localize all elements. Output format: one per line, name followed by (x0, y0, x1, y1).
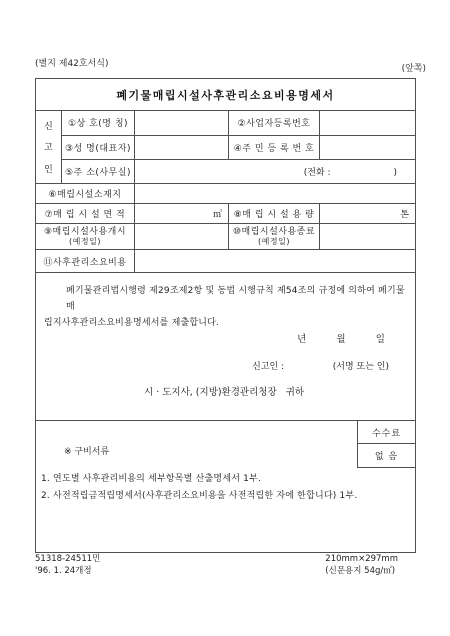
attachment-item: 2. 사전적립금적립명세서(사후관리소요비용을 사전적립한 자에 한합니다) 1… (41, 488, 345, 505)
office-address-label: ⑤주 소(사무실) (61, 160, 134, 183)
aftercare-cost-input[interactable] (134, 250, 415, 272)
landfill-location-label: ⑥매립시설소재지 (36, 184, 134, 203)
date-line[interactable]: 년 월 일 (297, 331, 385, 345)
applicant-group-char: 고 (44, 140, 53, 153)
landfill-area-input[interactable]: ㎡ (134, 204, 228, 223)
form-title: 폐기물매립시설사후관리소요비용명세서 (116, 87, 334, 103)
address-row: ⑤주 소(사무실) (전화 : ) (61, 159, 415, 183)
use-start-input[interactable] (134, 224, 228, 249)
representative-input[interactable] (134, 136, 228, 160)
aftercare-cost-label: ⑪사후관리소요비용 (36, 250, 134, 272)
applicant-group-label: 신 고 인 (36, 111, 61, 183)
use-end-label: ⑩매립시설사용종료 (예정일) (228, 224, 319, 249)
business-name-label: ①상 호(명 칭) (61, 111, 134, 135)
representative-row: ③성 명(대표자) ④주 민 등 록 번 호 (61, 135, 415, 160)
business-name-row: ①상 호(명 칭) ②사업자등록번호 (61, 111, 415, 135)
applicant-section: 신 고 인 ①상 호(명 칭) ②사업자등록번호 ③성 명(대표자) ④주 민 … (36, 110, 415, 183)
declaration-paragraph: 폐기물관리법시행령 제29조제2항 및 동법 시행규칙 제54조의 규정에 의하… (42, 283, 409, 331)
use-dates-row: ⑨매립시설사용개시 (예정일) ⑩매립시설사용종료 (예정일) (36, 223, 415, 249)
landfill-location-row: ⑥매립시설소재지 (36, 183, 415, 203)
landfill-location-input[interactable] (134, 184, 415, 203)
footer-right: 210mm×297mm (신문용지 54g/㎡) (325, 553, 398, 577)
applicant-rows: ①상 호(명 칭) ②사업자등록번호 ③성 명(대표자) ④주 민 등 록 번 … (61, 111, 415, 183)
title-row: 폐기물매립시설사후관리소요비용명세서 (36, 79, 415, 110)
revision-date: '96. 1. 24개정 (35, 565, 100, 577)
declarant-signature-line[interactable]: 신고인 : (서명 또는 인) (252, 359, 389, 372)
resident-reg-no-input[interactable] (319, 136, 415, 160)
fee-box: 수수료 없 음 (357, 421, 415, 468)
front-side-note: (앞쪽) (402, 61, 426, 74)
aftercare-cost-row: ⑪사후관리소요비용 (36, 249, 415, 272)
use-start-label-sub: (예정일) (69, 237, 101, 247)
business-name-input[interactable] (134, 111, 228, 135)
attachments-list: 1. 연도별 사후관리비용의 세부항목별 산출명세서 1부. 2. 사전적립금적… (41, 471, 345, 505)
footer-left: 51318-24511민 '96. 1. 24개정 (35, 553, 100, 577)
business-reg-no-input[interactable] (319, 111, 415, 135)
landfill-capacity-label: ⑧매 립 시 설 용 량 (228, 204, 319, 223)
landfill-capacity-input[interactable]: 톤 (319, 204, 415, 223)
doc-code: 51318-24511민 (35, 553, 100, 565)
representative-label: ③성 명(대표자) (61, 136, 134, 160)
use-end-input[interactable] (319, 224, 415, 249)
applicant-group-char: 인 (44, 162, 53, 175)
use-start-label-main: ⑨매립시설사용개시 (44, 227, 126, 237)
declaration-line2: 립지사후관리소요비용명세서를 제출합니다. (42, 315, 409, 331)
area-capacity-row: ⑦매 립 시 설 면 적 ㎡ ⑧매 립 시 설 용 량 톤 (36, 203, 415, 223)
paper-spec: (신문용지 54g/㎡) (325, 565, 398, 577)
use-start-label: ⑨매립시설사용개시 (예정일) (36, 224, 134, 249)
office-address-input[interactable]: (전화 : ) (134, 160, 415, 183)
attachment-item: 1. 연도별 사후관리비용의 세부항목별 산출명세서 1부. (41, 471, 345, 488)
landfill-area-label: ⑦매 립 시 설 면 적 (36, 204, 134, 223)
use-end-label-sub: (예정일) (258, 237, 290, 247)
fee-value: 없 음 (357, 444, 415, 468)
attachments-box: 수수료 없 음 ※ 구비서류 1. 연도별 사후관리비용의 세부항목별 산출명세… (35, 420, 416, 553)
fee-label: 수수료 (357, 421, 415, 444)
declaration-area: 폐기물관리법시행령 제29조제2항 및 동법 시행규칙 제54조의 규정에 의하… (36, 272, 415, 420)
attachments-heading: ※ 구비서류 (64, 444, 109, 457)
paper-size: 210mm×297mm (325, 553, 398, 565)
form-page: (별지 제42호서식) (앞쪽) 폐기물매립시설사후관리소요비용명세서 신 고 … (0, 0, 450, 636)
applicant-group-char: 신 (44, 119, 53, 132)
resident-reg-no-label: ④주 민 등 록 번 호 (228, 136, 319, 160)
recipient-line: 시 · 도지사, (지방)환경관리청장 귀하 (144, 384, 304, 398)
main-form-table: 폐기물매립시설사후관리소요비용명세서 신 고 인 ①상 호(명 칭) ②사업자등… (35, 78, 416, 420)
use-end-label-main: ⑩매립시설사용종료 (233, 227, 315, 237)
form-code-note: (별지 제42호서식) (35, 56, 109, 69)
declaration-line1: 폐기물관리법시행령 제29조제2항 및 동법 시행규칙 제54조의 규정에 의하… (42, 283, 409, 315)
business-reg-no-label: ②사업자등록번호 (228, 111, 319, 135)
